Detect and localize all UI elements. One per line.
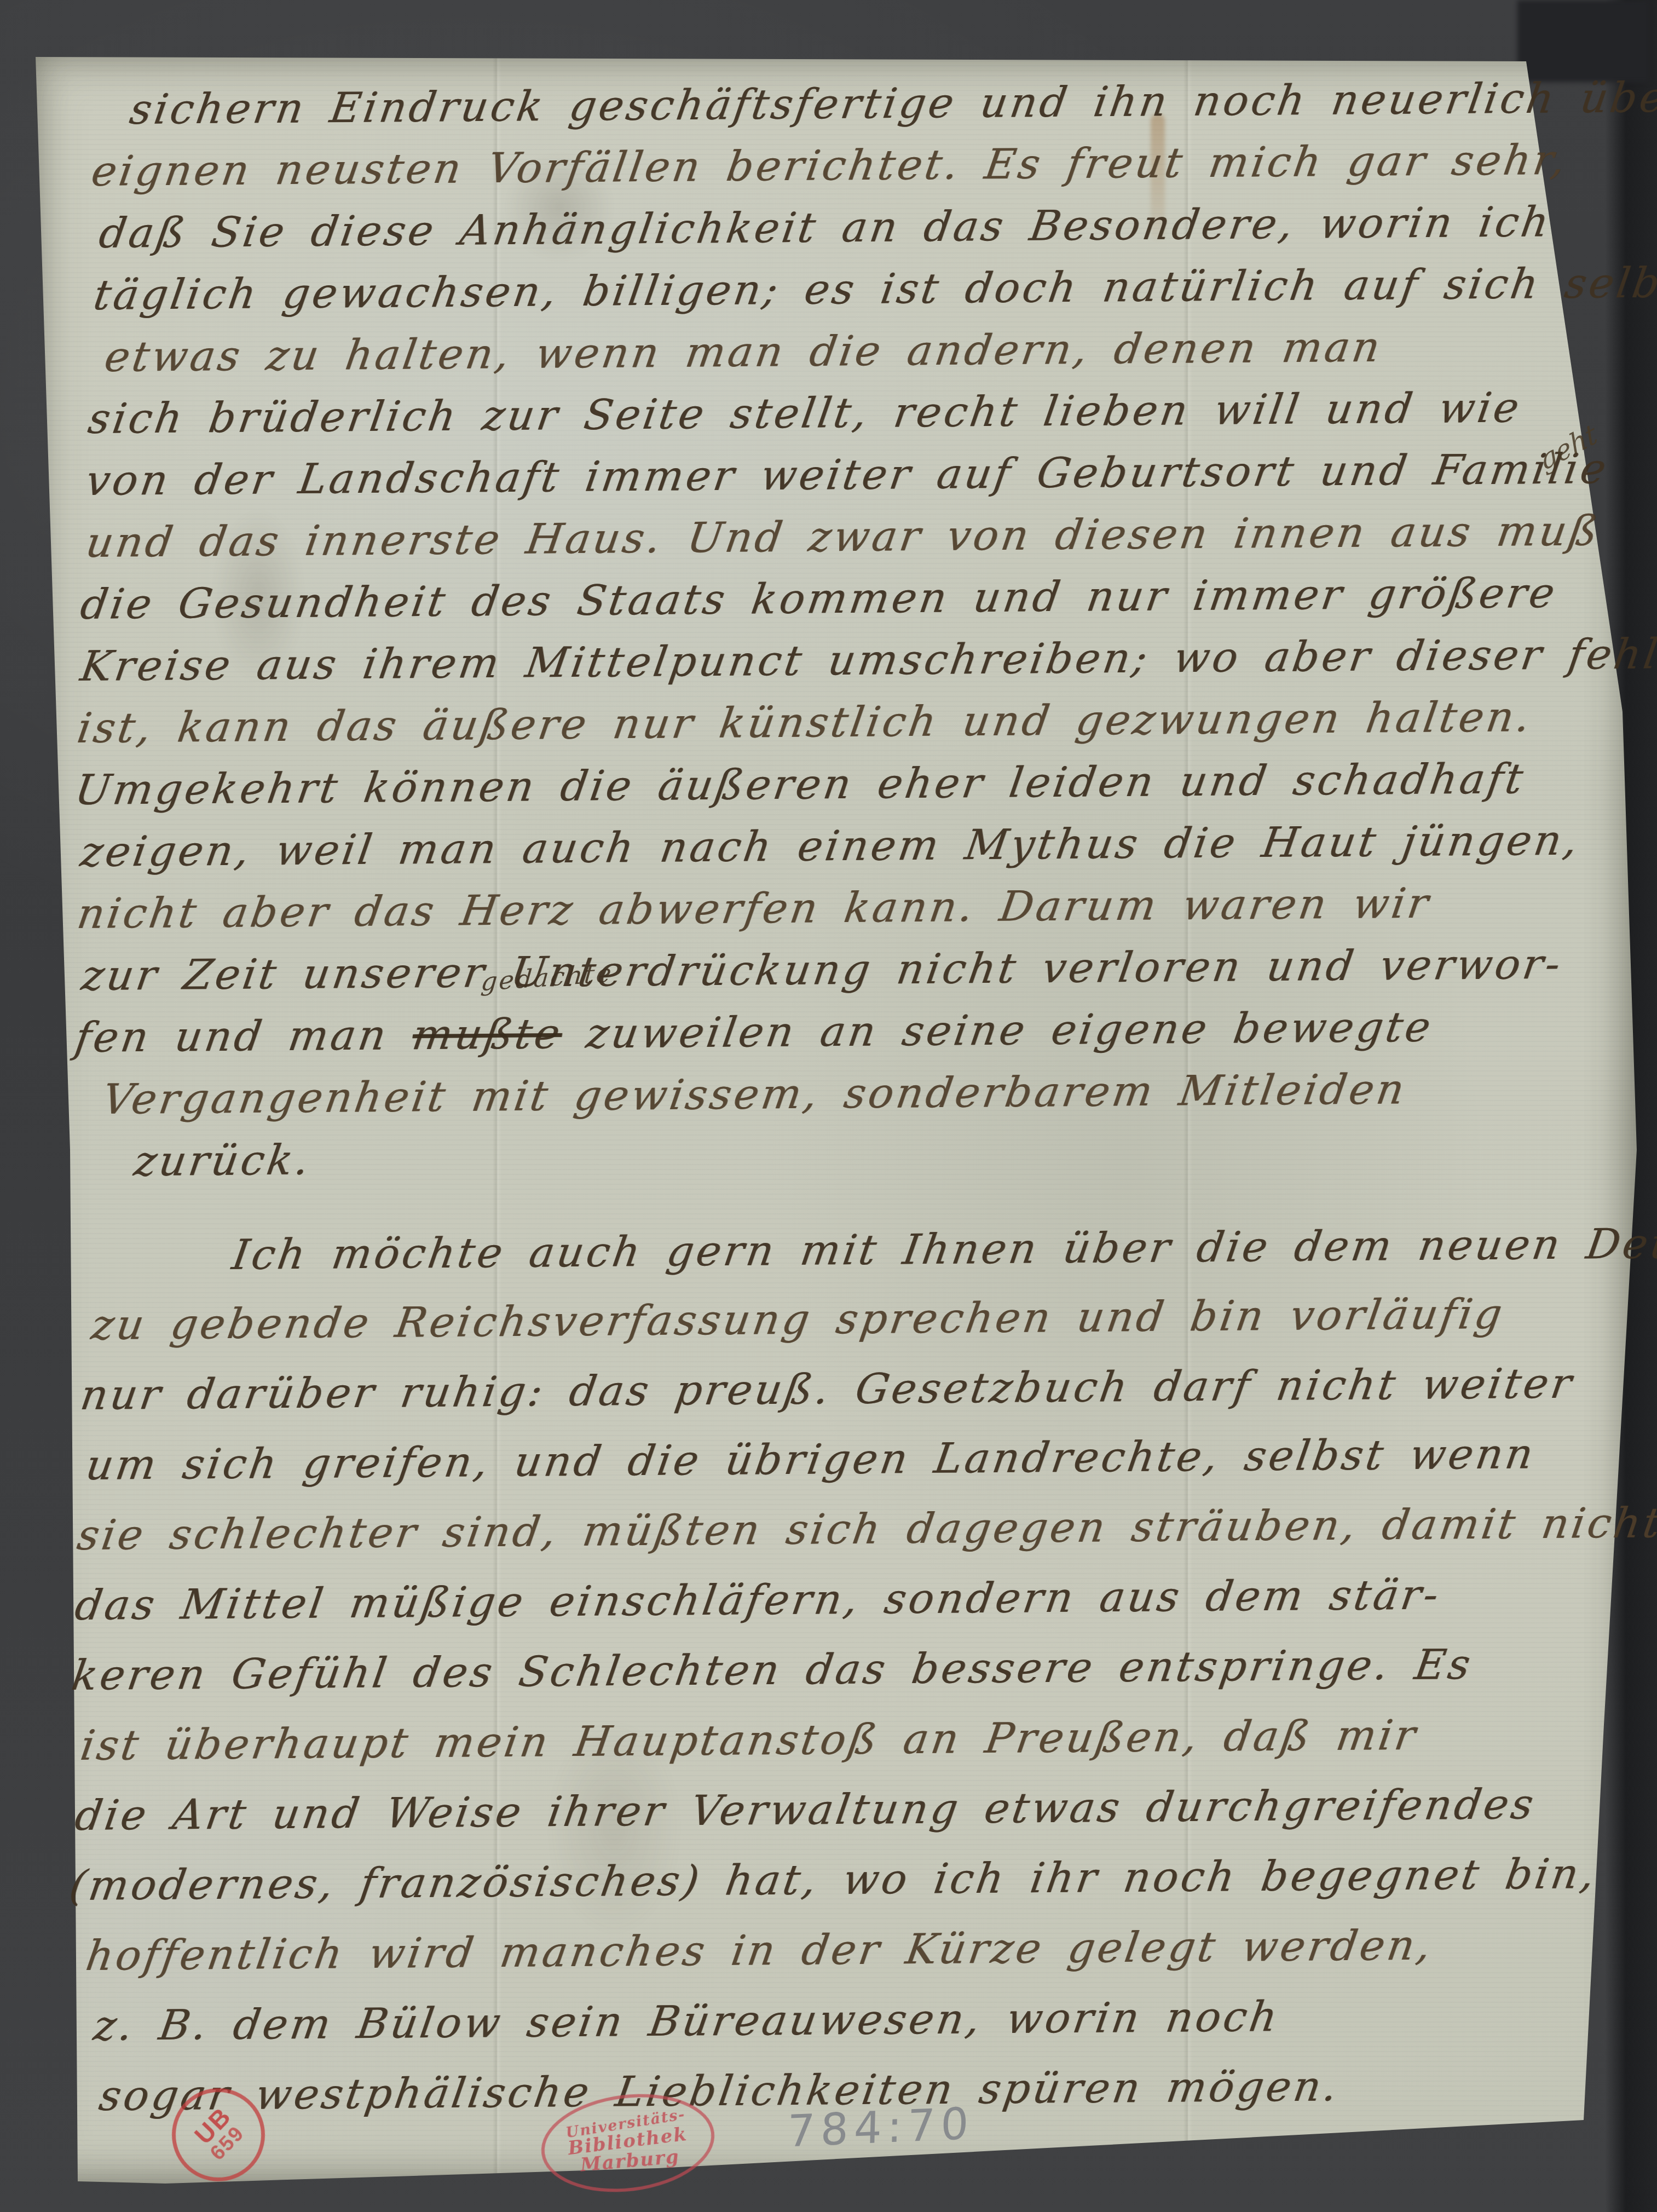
struck-word: mußte	[409, 1009, 566, 1059]
handwriting-line: Umgekehrt können die äußeren eher leiden…	[72, 757, 1528, 812]
scanned-letter-page: { "page": { "background_color": "#3b3c3e…	[0, 0, 1657, 2212]
handwriting-line: ist, kann das äußere nur künstlich und g…	[74, 695, 1535, 750]
handwriting-line: eignen neusten Vorfällen berichtet. Es f…	[89, 138, 1571, 193]
handwriting-line: Vergangenheit mit gewissem, sonderbarem …	[100, 1067, 1410, 1121]
handwriting-text: zuweilen an seine eigene bewegte	[558, 1003, 1436, 1058]
handwriting-line: z. B. dem Bülow sein Büreauwesen, worin …	[91, 1995, 1283, 2048]
handwriting-line: sie schlechter sind, müßten sich dagegen…	[74, 1501, 1657, 1557]
handwriting-line: ist überhaupt mein Hauptanstoß an Preuße…	[78, 1713, 1421, 1767]
handwriting-line: zu gebende Reichsverfassung sprechen und…	[89, 1292, 1508, 1347]
pencil-shelfmark: 784:70	[787, 2101, 974, 2153]
handwriting-layer: sichern Eindruck geschäftsfertige und ih…	[0, 0, 1657, 2212]
handwriting-line: täglich gewachsen, billigen; es ist doch…	[91, 261, 1657, 317]
handwriting-line: die Art und Weise ihrer Verwaltung etwas…	[72, 1782, 1539, 1837]
handwriting-line: das Mittel müßige einschläfern, sondern …	[72, 1572, 1444, 1627]
handwriting-line: daß Sie diese Anhänglichkeit an das Beso…	[96, 200, 1554, 255]
handwriting-line: sichern Eindruck geschäftsfertige und ih…	[127, 74, 1657, 131]
handwriting-line: Kreise aus ihrem Mittelpunct umschreiben…	[78, 632, 1657, 688]
handwriting-line: nur darüber ruhig: das preuß. Gesetzbuch…	[78, 1362, 1577, 1417]
handwriting-line: von der Landschaft immer weiter auf Gebu…	[83, 447, 1612, 503]
handwriting-line: keren Gefühl des Schlechten das bessere …	[69, 1643, 1476, 1697]
handwriting-line: etwas zu halten, wenn man die andern, de…	[102, 325, 1385, 379]
handwriting-line: die Gesundheit des Staats kommen und nur…	[78, 571, 1560, 626]
handwriting-line: sogar westphälische Lieblichkeiten spüre…	[96, 2064, 1343, 2118]
handwriting-line: sich brüderlich zur Seite stellt, recht …	[85, 385, 1525, 440]
handwriting-line: hoffentlich wird manches in der Kürze ge…	[83, 1923, 1436, 1978]
handwriting-line: um sich greifen, und die übrigen Landrec…	[83, 1432, 1538, 1487]
handwriting-line: zeigen, weil man auch nach einem Mythus …	[78, 819, 1583, 874]
handwriting-line: (modernes, französisches) hat, wo ich ih…	[67, 1852, 1600, 1908]
handwriting-line: fen und man mußte zuweilen an seine eige…	[72, 1005, 1436, 1059]
handwriting-text: fen und man	[72, 1010, 417, 1062]
handwriting-line: zur Zeit unserer Unterdrückung nicht ver…	[79, 942, 1566, 998]
handwriting-line: und das innerste Haus. Und zwar von dies…	[83, 509, 1603, 564]
handwriting-line: nicht aber das Herz abwerfen kann. Darum…	[74, 882, 1434, 936]
handwriting-line: Ich möchte auch gern mit Ihnen über die …	[229, 1220, 1657, 1276]
handwriting-line: zurück.	[131, 1138, 314, 1183]
